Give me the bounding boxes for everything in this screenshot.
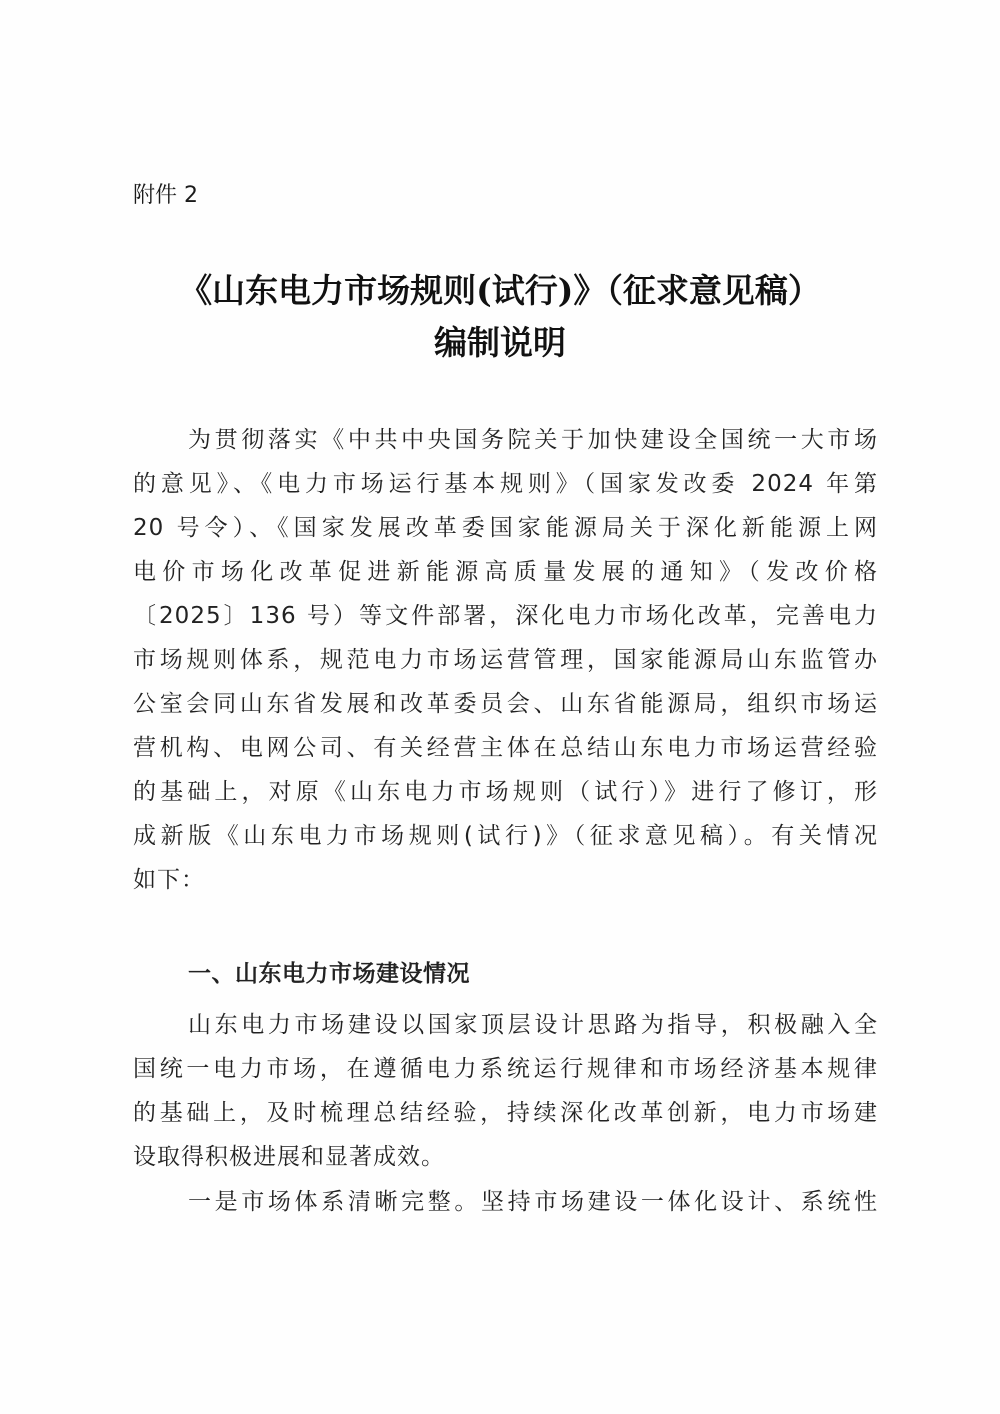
paragraph-line: 如下： xyxy=(133,858,878,902)
paragraph-line: 山东电力市场建设以国家顶层设计思路为指导，积极融入全 xyxy=(133,1003,878,1047)
paragraph-line: 〔2025〕136 号）等文件部署，深化电力市场化改革，完善电力 xyxy=(133,594,878,638)
paragraph-line: 设取得积极进展和显著成效。 xyxy=(133,1135,878,1179)
paragraph-line: 20 号令）、《国家发展改革委国家能源局关于深化新能源上网 xyxy=(133,506,878,550)
paragraph-line: 的基础上，对原《山东电力市场规则（试行）》进行了修订，形 xyxy=(133,770,878,814)
section-1-heading: 一、山东电力市场建设情况 xyxy=(133,952,878,996)
document-subtitle: 编制说明 xyxy=(0,318,1000,368)
document-page: 附件 2 《山东电力市场规则(试行)》（征求意见稿） 编制说明 为贯彻落实《中共… xyxy=(0,0,1000,1414)
paragraph-line: 的基础上，及时梳理总结经验，持续深化改革创新，电力市场建 xyxy=(133,1091,878,1135)
section-1-paragraph-2: 一是市场体系清晰完整。坚持市场建设一体化设计、系统性 xyxy=(133,1180,878,1224)
paragraph-line: 国统一电力市场，在遵循电力系统运行规律和市场经济基本规律 xyxy=(133,1047,878,1091)
section-1-paragraph-1: 山东电力市场建设以国家顶层设计思路为指导，积极融入全 国统一电力市场，在遵循电力… xyxy=(133,1003,878,1179)
paragraph-line: 为贯彻落实《中共中央国务院关于加快建设全国统一大市场 xyxy=(133,418,878,462)
paragraph-line: 公室会同山东省发展和改革委员会、山东省能源局，组织市场运 xyxy=(133,682,878,726)
paragraph-line: 市场规则体系，规范电力市场运营管理，国家能源局山东监管办 xyxy=(133,638,878,682)
section-heading: 一、山东电力市场建设情况 xyxy=(133,952,878,996)
attachment-label: 附件 2 xyxy=(133,180,198,212)
paragraph-line: 一是市场体系清晰完整。坚持市场建设一体化设计、系统性 xyxy=(133,1180,878,1224)
paragraph-line: 电价市场化改革促进新能源高质量发展的通知》（发改价格 xyxy=(133,550,878,594)
paragraph-line: 的意见》、《电力市场运行基本规则》（国家发改委 2024 年第 xyxy=(133,462,878,506)
paragraph-line: 成新版《山东电力市场规则(试行)》（征求意见稿）。有关情况 xyxy=(133,814,878,858)
document-title: 《山东电力市场规则(试行)》（征求意见稿） xyxy=(0,266,1000,316)
intro-paragraph: 为贯彻落实《中共中央国务院关于加快建设全国统一大市场 的意见》、《电力市场运行基… xyxy=(133,418,878,902)
paragraph-line: 营机构、电网公司、有关经营主体在总结山东电力市场运营经验 xyxy=(133,726,878,770)
